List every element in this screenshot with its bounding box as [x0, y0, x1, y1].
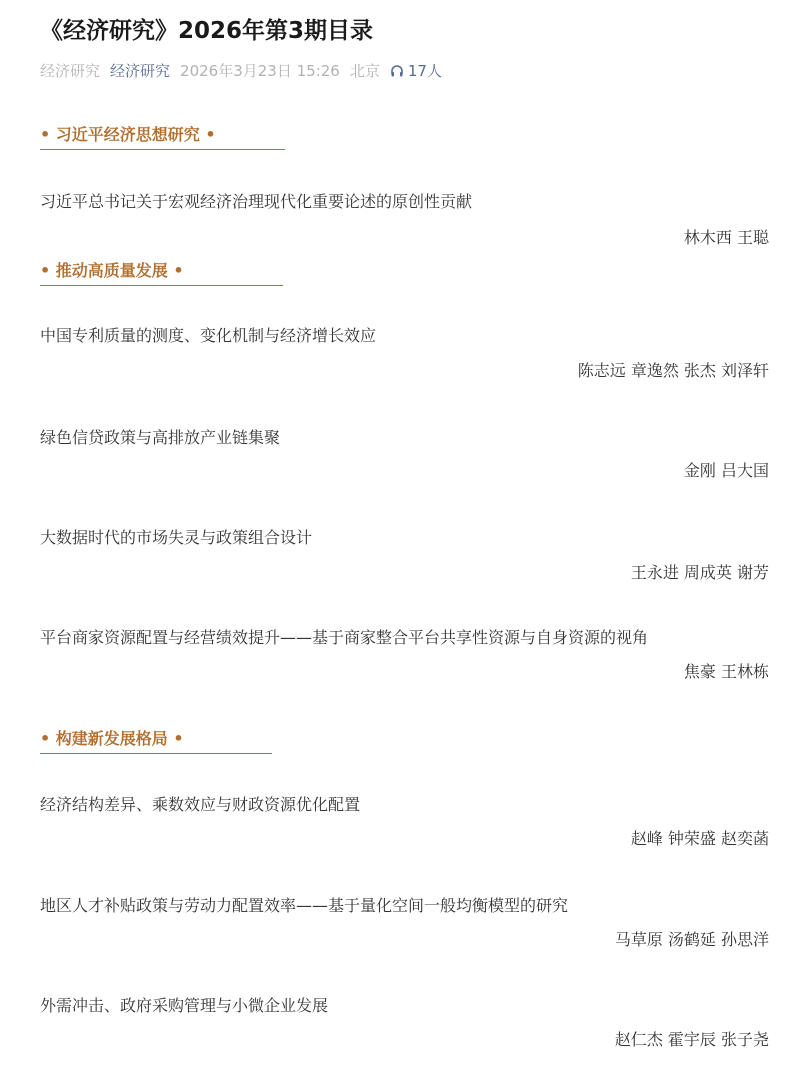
article-authors: 王永进 周成英 谢芳: [631, 560, 769, 583]
article-title[interactable]: 外需冲击、政府采购管理与小微企业发展: [40, 993, 328, 1016]
account-link[interactable]: 经济研究: [110, 60, 170, 81]
headphones-icon: [390, 64, 404, 78]
article-meta: 经济研究 经济研究 2026年3月23日 15:26 北京 17人: [40, 60, 462, 81]
article-authors: 赵仁杰 霍宇辰 张子尧: [615, 1027, 769, 1050]
page-title: 《经济研究》2026年第3期目录: [40, 12, 373, 45]
article-authors: 马草原 汤鹤延 孙思洋: [615, 927, 769, 950]
section-header: • 习近平经济思想研究 •: [40, 122, 285, 150]
article-authors: 陈志远 章逸然 张杰 刘泽轩: [578, 358, 769, 381]
article-title[interactable]: 大数据时代的市场失灵与政策组合设计: [40, 525, 312, 548]
article-title[interactable]: 绿色信贷政策与高排放产业链集聚: [40, 425, 280, 448]
section-header: • 推动高质量发展 •: [40, 258, 283, 286]
source-label: 经济研究: [40, 60, 100, 81]
section-header: • 构建新发展格局 •: [40, 726, 272, 754]
article-title[interactable]: 平台商家资源配置与经营绩效提升——基于商家整合平台共享性资源与自身资源的视角: [40, 625, 648, 648]
article-authors: 赵峰 钟荣盛 赵奕菡: [631, 826, 769, 849]
article-title[interactable]: 地区人才补贴政策与劳动力配置效率——基于量化空间一般均衡模型的研究: [40, 893, 568, 916]
article-title[interactable]: 中国专利质量的测度、变化机制与经济增长效应: [40, 323, 376, 346]
listen-button[interactable]: 17人: [390, 60, 452, 81]
location: 北京: [350, 60, 380, 81]
article-authors: 焦豪 王林栋: [684, 659, 769, 682]
article-title[interactable]: 经济结构差异、乘数效应与财政资源优化配置: [40, 792, 360, 815]
listener-count: 17人: [408, 60, 442, 81]
article-title[interactable]: 习近平总书记关于宏观经济治理现代化重要论述的原创性贡献: [40, 189, 472, 212]
publish-datetime: 2026年3月23日 15:26: [180, 60, 340, 81]
article-authors: 林木西 王聪: [684, 225, 769, 248]
article-authors: 金刚 吕大国: [684, 458, 769, 481]
